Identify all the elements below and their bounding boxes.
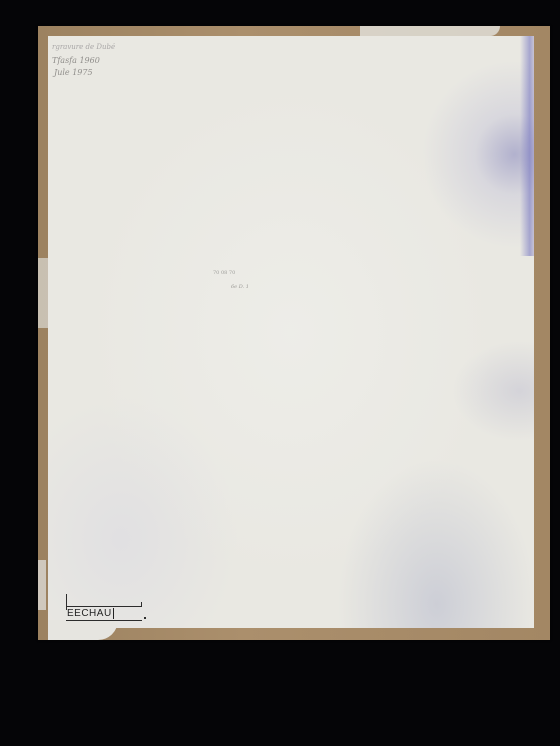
torn-tape-bottom (48, 620, 118, 640)
stamp-dot (144, 617, 146, 619)
framer-stamp: EECHAU (66, 594, 146, 622)
pencil-note-center-1: 70 08 70 (213, 271, 235, 276)
torn-tape-top (360, 26, 500, 36)
paper-sheet (48, 36, 534, 628)
blue-ink-bleed (520, 36, 534, 256)
pencil-note-center-2: 6e D. 1 (231, 285, 249, 290)
pencil-note-title: rgravure de Dubé (52, 44, 115, 51)
stamp-horizontal-line (66, 606, 142, 607)
stamp-label: EECHAU (67, 608, 114, 619)
stamp-underline (66, 620, 142, 621)
pencil-note-date-1: Tfasfa 1960 (52, 57, 100, 65)
torn-tape-left (38, 258, 48, 328)
pencil-note-date-2: Jule 1975 (54, 69, 93, 77)
stamp-tick (141, 602, 142, 607)
torn-tape-left-lower (38, 560, 46, 610)
